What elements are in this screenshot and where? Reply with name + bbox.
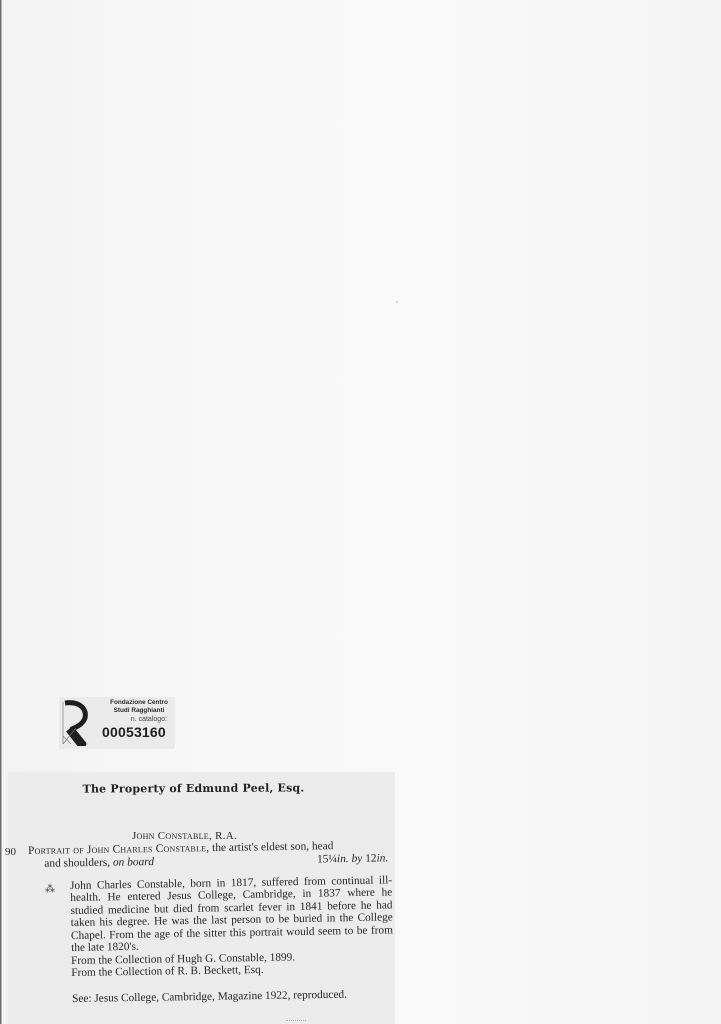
dim-height: 15 bbox=[317, 853, 329, 865]
dim-unit: in. bbox=[337, 853, 349, 865]
lot-medium-line: and shoulders, on board bbox=[44, 856, 154, 871]
stamp-institution-line2: Studi Ragghianti bbox=[97, 707, 173, 715]
cut-text-fragment bbox=[286, 1020, 306, 1024]
stamp-catalog-label: n. catalogo: bbox=[97, 715, 173, 724]
asterism-icon: ⁂ bbox=[45, 886, 55, 894]
dim-by: by bbox=[349, 853, 366, 865]
literature-reference: See: Jesus College, Cambridge, Magazine … bbox=[72, 988, 392, 1005]
stamp-institution-line1: Fondazione Centro bbox=[97, 699, 173, 707]
lot-note: John Charles Constable, born in 1817, su… bbox=[70, 874, 393, 954]
lot-title: Portrait of John Charles Constable, the … bbox=[28, 839, 388, 871]
owner-heading: The Property of Edmund Peel, Esq. bbox=[0, 781, 387, 796]
lot-title-name: Portrait of John Charles Constable, bbox=[28, 842, 209, 857]
lot-medium: on board bbox=[113, 856, 154, 869]
lot-title-description: the artist's eldest son, head bbox=[209, 840, 333, 854]
fondazione-r-logo-icon bbox=[62, 700, 88, 746]
stamp-text: Fondazione Centro Studi Ragghianti n. ca… bbox=[97, 699, 173, 741]
lot-number: 90 bbox=[5, 846, 16, 858]
lot-subject: and shoulders, bbox=[44, 857, 113, 870]
catalogue-clipping: The Property of Edmund Peel, Esq. John C… bbox=[8, 772, 395, 1024]
dim-fraction: ¼ bbox=[328, 853, 337, 865]
dim-unit: in. bbox=[376, 852, 388, 864]
provenance: From the Collection of Hugh G. Constable… bbox=[71, 950, 391, 979]
stamp-catalog-number: 00053160 bbox=[97, 724, 173, 741]
paper-speck bbox=[396, 301, 398, 303]
archive-stamp: Fondazione Centro Studi Ragghianti n. ca… bbox=[59, 697, 175, 749]
lot-dimensions: 15¼in. by 12in. bbox=[317, 852, 388, 866]
dim-width: 12 bbox=[365, 853, 377, 865]
